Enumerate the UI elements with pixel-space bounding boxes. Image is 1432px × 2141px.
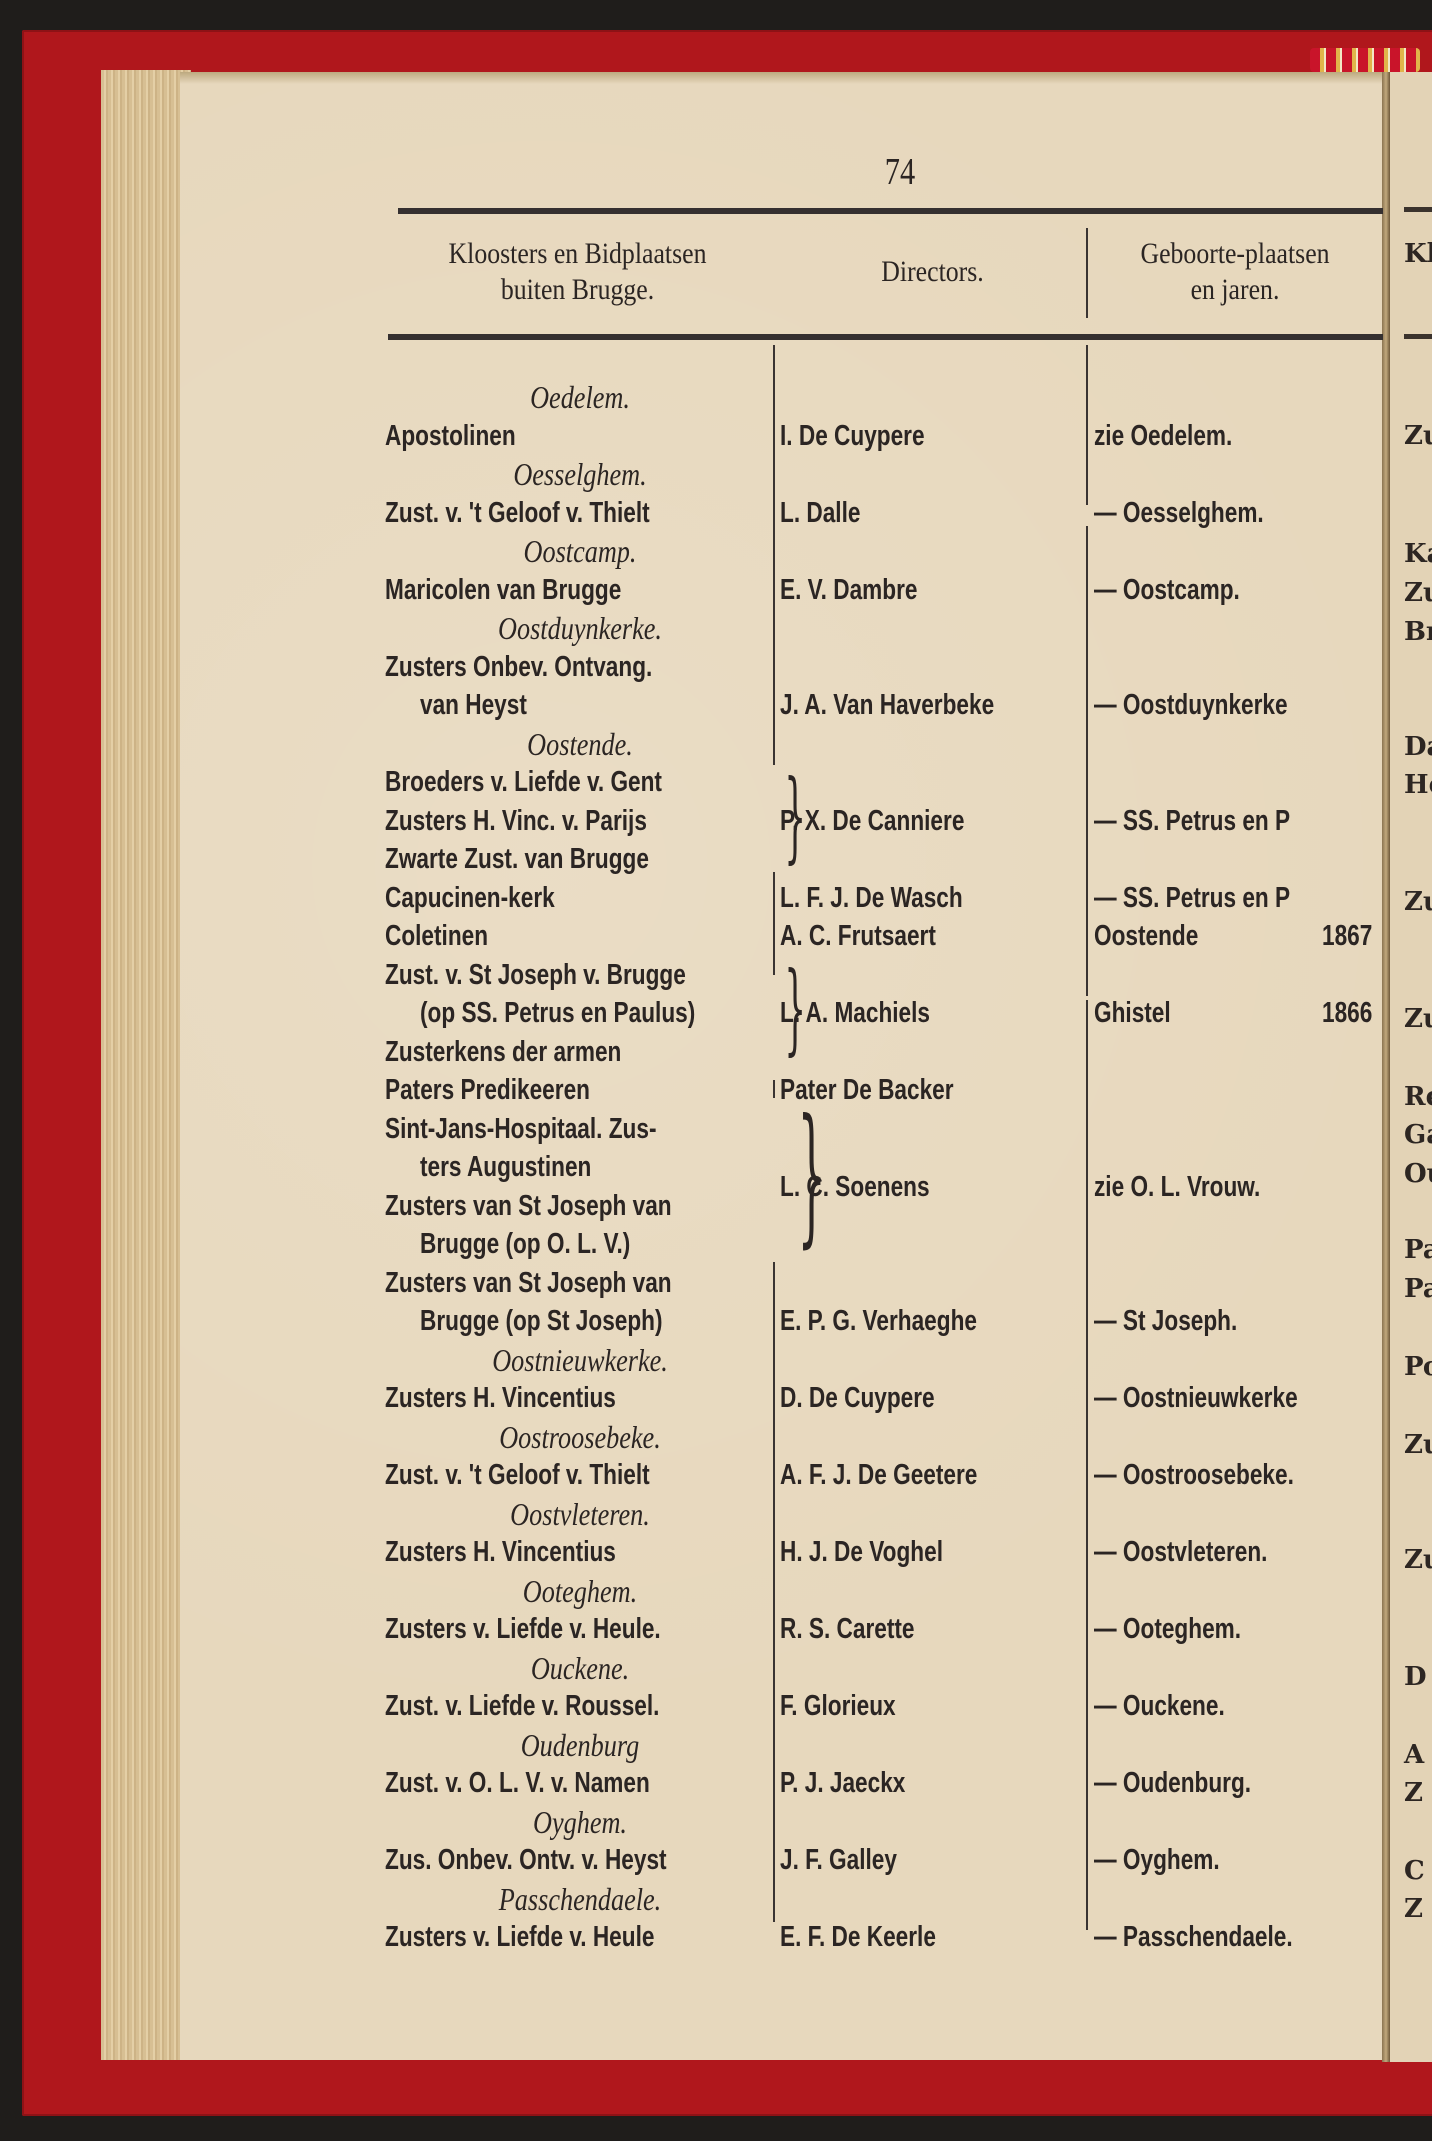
convent-name: Zusters van St Joseph van [385, 1264, 672, 1302]
table-row: Zust. v. St Joseph v. Brugge [0, 956, 1432, 994]
place-heading-row: Oyghem. [0, 1803, 1432, 1841]
column-header-birthplaces-line1: Geboorte-plaatsen [1110, 236, 1359, 272]
place-heading-row: Oostvleteren. [0, 1495, 1432, 1533]
birthplace: — Oostcamp. [1094, 571, 1240, 609]
place-heading-row: Oostende. [0, 725, 1432, 763]
convent-name: Zust. v. 't Geloof v. Thielt [385, 1456, 650, 1494]
table-row: Zus. Onbev. Ontv. v. HeystJ. F. Galley— … [0, 1841, 1432, 1879]
table-row: Zusters H. VincentiusD. De Cuypere— Oost… [0, 1379, 1432, 1417]
table-row: Broeders v. Liefde v. Gent [0, 763, 1432, 801]
place-heading: Ooteghem. [420, 1572, 740, 1610]
place-heading: Oostende. [420, 725, 740, 763]
convent-name: Coletinen [385, 917, 488, 955]
table-row: ApostolinenI. De Cuyperezie Oedelem. [0, 417, 1432, 455]
director-name: A. C. Frutsaert [780, 917, 936, 955]
convent-name: Zusterkens der armen [385, 1033, 621, 1071]
table-row: Zusters van St Joseph van [0, 1264, 1432, 1302]
convent-name: (op SS. Petrus en Paulus) [420, 994, 695, 1032]
table-row: (op SS. Petrus en Paulus)L. A. MachielsG… [0, 994, 1432, 1032]
convent-name: van Heyst [420, 686, 527, 724]
table-row: Zusters v. Liefde v. Heule.R. S. Carette… [0, 1610, 1432, 1648]
table-row: Zusters Onbev. Ontvang. [0, 648, 1432, 686]
birthplace: — Ooteghem. [1094, 1610, 1241, 1648]
convent-name: Zusters H. Vincentius [385, 1533, 616, 1571]
birthplace: — Oesselghem. [1094, 494, 1264, 532]
birthplace: — Oostroosebeke. [1094, 1456, 1294, 1494]
convent-name: Zusters Onbev. Ontvang. [385, 648, 652, 686]
director-name: E. P. G. Verhaeghe [780, 1302, 977, 1340]
column-header-convents-line1: Kloosters en Bidplaatsen [408, 236, 748, 272]
birthplace: zie Oedelem. [1094, 417, 1232, 455]
director-name: J. A. Van Haverbeke [780, 686, 994, 724]
birthplace: Ghistel [1094, 994, 1171, 1032]
table-row: Brugge (op St Joseph)E. P. G. Verhaeghe—… [0, 1302, 1432, 1340]
birthplace: — Oostnieuwkerke [1094, 1379, 1298, 1417]
convent-name: Apostolinen [385, 417, 516, 455]
right-page-rule [1404, 207, 1432, 212]
birthplace: — Passchendaele. [1094, 1918, 1293, 1956]
table-row: Capucinen-kerkL. F. J. De Wasch— SS. Pet… [0, 879, 1432, 917]
director-name: R. S. Carette [780, 1610, 915, 1648]
convent-name: Capucinen-kerk [385, 879, 555, 917]
place-heading-row: Oostcamp. [0, 532, 1432, 570]
table-row: Brugge (op O. L. V.) [0, 1225, 1432, 1263]
table-row: Maricolen van BruggeE. V. Dambre— Oostca… [0, 571, 1432, 609]
birthplace: — Oostvleteren. [1094, 1533, 1267, 1571]
director-name: L. F. J. De Wasch [780, 879, 963, 917]
convent-name: Zust. v. Liefde v. Roussel. [385, 1687, 659, 1725]
convent-name: Paters Predikeeren [385, 1071, 590, 1109]
convent-name: Brugge (op St Joseph) [420, 1302, 663, 1340]
place-heading-row: Ooteghem. [0, 1572, 1432, 1610]
header-bottom-rule [388, 334, 1383, 340]
birthplace: — Oyghem. [1094, 1841, 1220, 1879]
director-name: Pater De Backer [780, 1071, 954, 1109]
birthplace: — St Joseph. [1094, 1302, 1237, 1340]
place-heading-row: Ouckene. [0, 1649, 1432, 1687]
place-heading: Oostnieuwkerke. [420, 1341, 740, 1379]
convent-name: Zust. v. O. L. V. v. Namen [385, 1764, 650, 1802]
director-name: P. J. Jaeckx [780, 1764, 905, 1802]
place-heading-row: Oostroosebeke. [0, 1418, 1432, 1456]
table-row: Zust. v. 't Geloof v. ThieltL. Dalle— Oe… [0, 494, 1432, 532]
convent-name: Zusters H. Vinc. v. Parijs [385, 802, 647, 840]
place-heading: Oostduynkerke. [420, 609, 740, 647]
place-heading: Oedelem. [420, 378, 740, 416]
director-name: L. Dalle [780, 494, 860, 532]
director-name: E. F. De Keerle [780, 1918, 936, 1956]
convent-name: Zusters H. Vincentius [385, 1379, 616, 1417]
header-column-rule [1086, 228, 1088, 318]
place-heading: Passchendaele. [420, 1880, 740, 1918]
table-row: van HeystJ. A. Van Haverbeke— Oostduynke… [0, 686, 1432, 724]
director-name: I. De Cuypere [780, 417, 925, 455]
birthplace: — Oostduynkerke [1094, 686, 1288, 724]
place-heading: Oyghem. [420, 1803, 740, 1841]
table-row: Zusters van St Joseph van [0, 1187, 1432, 1225]
column-header-convents: Kloosters en Bidplaatsen buiten Brugge. [380, 236, 775, 308]
director-name: H. J. De Voghel [780, 1533, 943, 1571]
director-name: D. De Cuypere [780, 1379, 935, 1417]
place-heading-row: Oostnieuwkerke. [0, 1341, 1432, 1379]
director-name: E. V. Dambre [780, 571, 917, 609]
table-row: Zusters H. VincentiusH. J. De Voghel— Oo… [0, 1533, 1432, 1571]
table-row: Zust. v. 't Geloof v. ThieltA. F. J. De … [0, 1456, 1432, 1494]
place-heading-row: Oedelem. [0, 378, 1432, 416]
convent-name: Sint-Jans-Hospitaal. Zus- [385, 1110, 656, 1148]
director-name: P. X. De Canniere [780, 802, 964, 840]
place-heading-row: Oesselghem. [0, 455, 1432, 493]
director-name: L. A. Machiels [780, 994, 930, 1032]
convent-name: Zusters v. Liefde v. Heule [385, 1918, 654, 1956]
table-row: Sint-Jans-Hospitaal. Zus- [0, 1110, 1432, 1148]
place-heading: Oesselghem. [420, 455, 740, 493]
birthplace: — SS. Petrus en P [1094, 802, 1290, 840]
place-heading-row: Passchendaele. [0, 1880, 1432, 1918]
convent-name: Zwarte Zust. van Brugge [385, 840, 649, 878]
table-row: Zust. v. O. L. V. v. NamenP. J. Jaeckx— … [0, 1764, 1432, 1802]
right-page-fragment: Kl [1404, 239, 1432, 269]
director-name: J. F. Galley [780, 1841, 897, 1879]
place-heading: Oudenburg [420, 1726, 740, 1764]
birthplace: Oostende [1094, 917, 1198, 955]
birthplace: — Oudenburg. [1094, 1764, 1251, 1802]
table-row: Zusters v. Liefde v. HeuleE. F. De Keerl… [0, 1918, 1432, 1956]
table-row: Paters PredikeerenPater De Backer [0, 1071, 1432, 1109]
right-page-rule [1404, 334, 1432, 339]
header-top-rule [398, 208, 1383, 214]
table-row: ColetinenA. C. FrutsaertOostende1867 [0, 917, 1432, 955]
table-row: Zusters H. Vinc. v. ParijsP. X. De Canni… [0, 802, 1432, 840]
convent-name: Broeders v. Liefde v. Gent [385, 763, 662, 801]
column-header-birthplaces-line2: en jaren. [1110, 272, 1359, 308]
convent-name: Zus. Onbev. Ontv. v. Heyst [385, 1841, 667, 1879]
convent-name: Zust. v. 't Geloof v. Thielt [385, 494, 650, 532]
birthplace: — Ouckene. [1094, 1687, 1225, 1725]
table-row: Zwarte Zust. van Brugge [0, 840, 1432, 878]
director-name: F. Glorieux [780, 1687, 896, 1725]
birthplace: — SS. Petrus en P [1094, 879, 1290, 917]
convent-name: Zust. v. St Joseph v. Brugge [385, 956, 686, 994]
birth-year: 1866 [1322, 994, 1372, 1032]
convent-name: Brugge (op O. L. V.) [420, 1225, 630, 1263]
place-heading: Oostvleteren. [420, 1495, 740, 1533]
page-number: 74 [876, 150, 924, 194]
convent-name: Maricolen van Brugge [385, 571, 621, 609]
column-header-convents-line2: buiten Brugge. [408, 272, 748, 308]
headband [1310, 48, 1420, 72]
table-row: Zust. v. Liefde v. Roussel.F. Glorieux— … [0, 1687, 1432, 1725]
column-header-directors: Directors. [780, 254, 1085, 290]
place-heading: Ouckene. [420, 1649, 740, 1687]
place-heading: Oostroosebeke. [420, 1418, 740, 1456]
place-heading: Oostcamp. [420, 532, 740, 570]
page-top-shadow [180, 72, 1385, 84]
place-heading-row: Oudenburg [0, 1726, 1432, 1764]
convent-name: Zusters van St Joseph van [385, 1187, 672, 1225]
table-row: Zusterkens der armen [0, 1033, 1432, 1071]
column-header-birthplaces: Geboorte-plaatsen en jaren. [1090, 236, 1380, 308]
convent-name: Zusters v. Liefde v. Heule. [385, 1610, 661, 1648]
place-heading-row: Oostduynkerke. [0, 609, 1432, 647]
column-header-directors-label: Directors. [801, 254, 1063, 290]
birth-year: 1867 [1322, 917, 1372, 955]
director-name: A. F. J. De Geetere [780, 1456, 977, 1494]
